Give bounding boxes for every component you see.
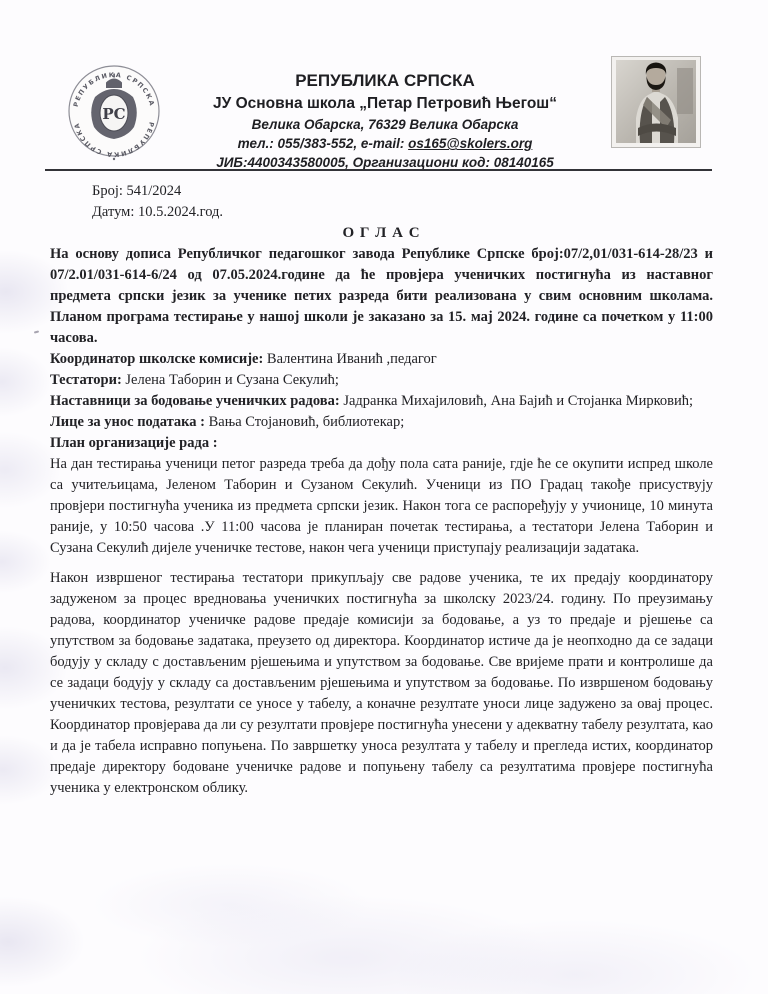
role-graders-value: Јадранка Михајиловић, Ана Бајић и Стојан… [340,393,693,409]
intro-paragraph: На основу дописа Републичког педагошког … [50,244,713,349]
letterhead-text: РЕПУБЛИКА СРПСКА ЈУ Основна школа „Петар… [180,70,590,172]
role-data-entry: Лице за унос података : Вања Стојановић,… [50,412,713,433]
scanned-document-page: РЕПУБЛИКА СРПСКА РЕПУБЛИКА СРПСКА РС РЕП… [0,0,768,994]
role-data-entry-label: Лице за унос података : [50,414,205,430]
doc-date: Датум: 10.5.2024.год. [92,202,713,223]
email-text: os165@skolers.org [408,136,532,151]
contact-line: тел.: 055/383-552, e-mail: os165@skolers… [180,134,590,153]
role-coordinator-label: Координатор школске комисије: [50,351,263,367]
scan-artifact-speck [34,330,39,333]
doc-number: Број: 541/2024 [92,181,713,202]
portrait-chair [677,68,693,114]
role-testers-value: Јелена Таборин и Сузана Секулић; [122,372,339,388]
plan-paragraph-1: На дан тестирања ученици петог разреда т… [50,454,713,559]
doc-title: О Г Л А С [50,223,713,244]
role-testers: Тестатори: Јелена Таборин и Сузана Секул… [50,370,713,391]
plan-heading: План организације рада : [50,433,713,454]
document-body: Број: 541/2024 Датум: 10.5.2024.год. О Г… [50,181,713,799]
role-graders-label: Наставници за бодовање ученичких радова: [50,393,340,409]
phone-text: тел.: 055/383-552, e-mail: [238,136,408,151]
doc-meta: Број: 541/2024 Датум: 10.5.2024.год. [92,181,713,223]
njegos-portrait-image [611,56,701,148]
header-divider [45,169,712,171]
republika-srpska-seal-icon: РЕПУБЛИКА СРПСКА РЕПУБЛИКА СРПСКА РС [63,58,165,164]
role-coordinator-value: Валентина Иванић ,педагог [263,351,436,367]
school-name: ЈУ Основна школа „Петар Петровић Његош“ [180,92,590,115]
plan-paragraph-2: Након извршеног тестирања тестатори прик… [50,568,713,799]
role-data-entry-value: Вања Стојановић, библиотекар; [205,414,404,430]
republic-title: РЕПУБЛИКА СРПСКА [180,70,590,92]
role-coordinator: Координатор школске комисије: Валентина … [50,349,713,370]
school-address: Велика Обарска, 76329 Велика Обарска [180,115,590,134]
role-graders: Наставници за бодовање ученичких радова:… [50,391,713,412]
role-testers-label: Тестатори: [50,372,122,388]
seal-monogram: РС [102,105,125,123]
seal-bottom-dot [113,158,115,160]
seal-crown-cross [113,74,115,78]
